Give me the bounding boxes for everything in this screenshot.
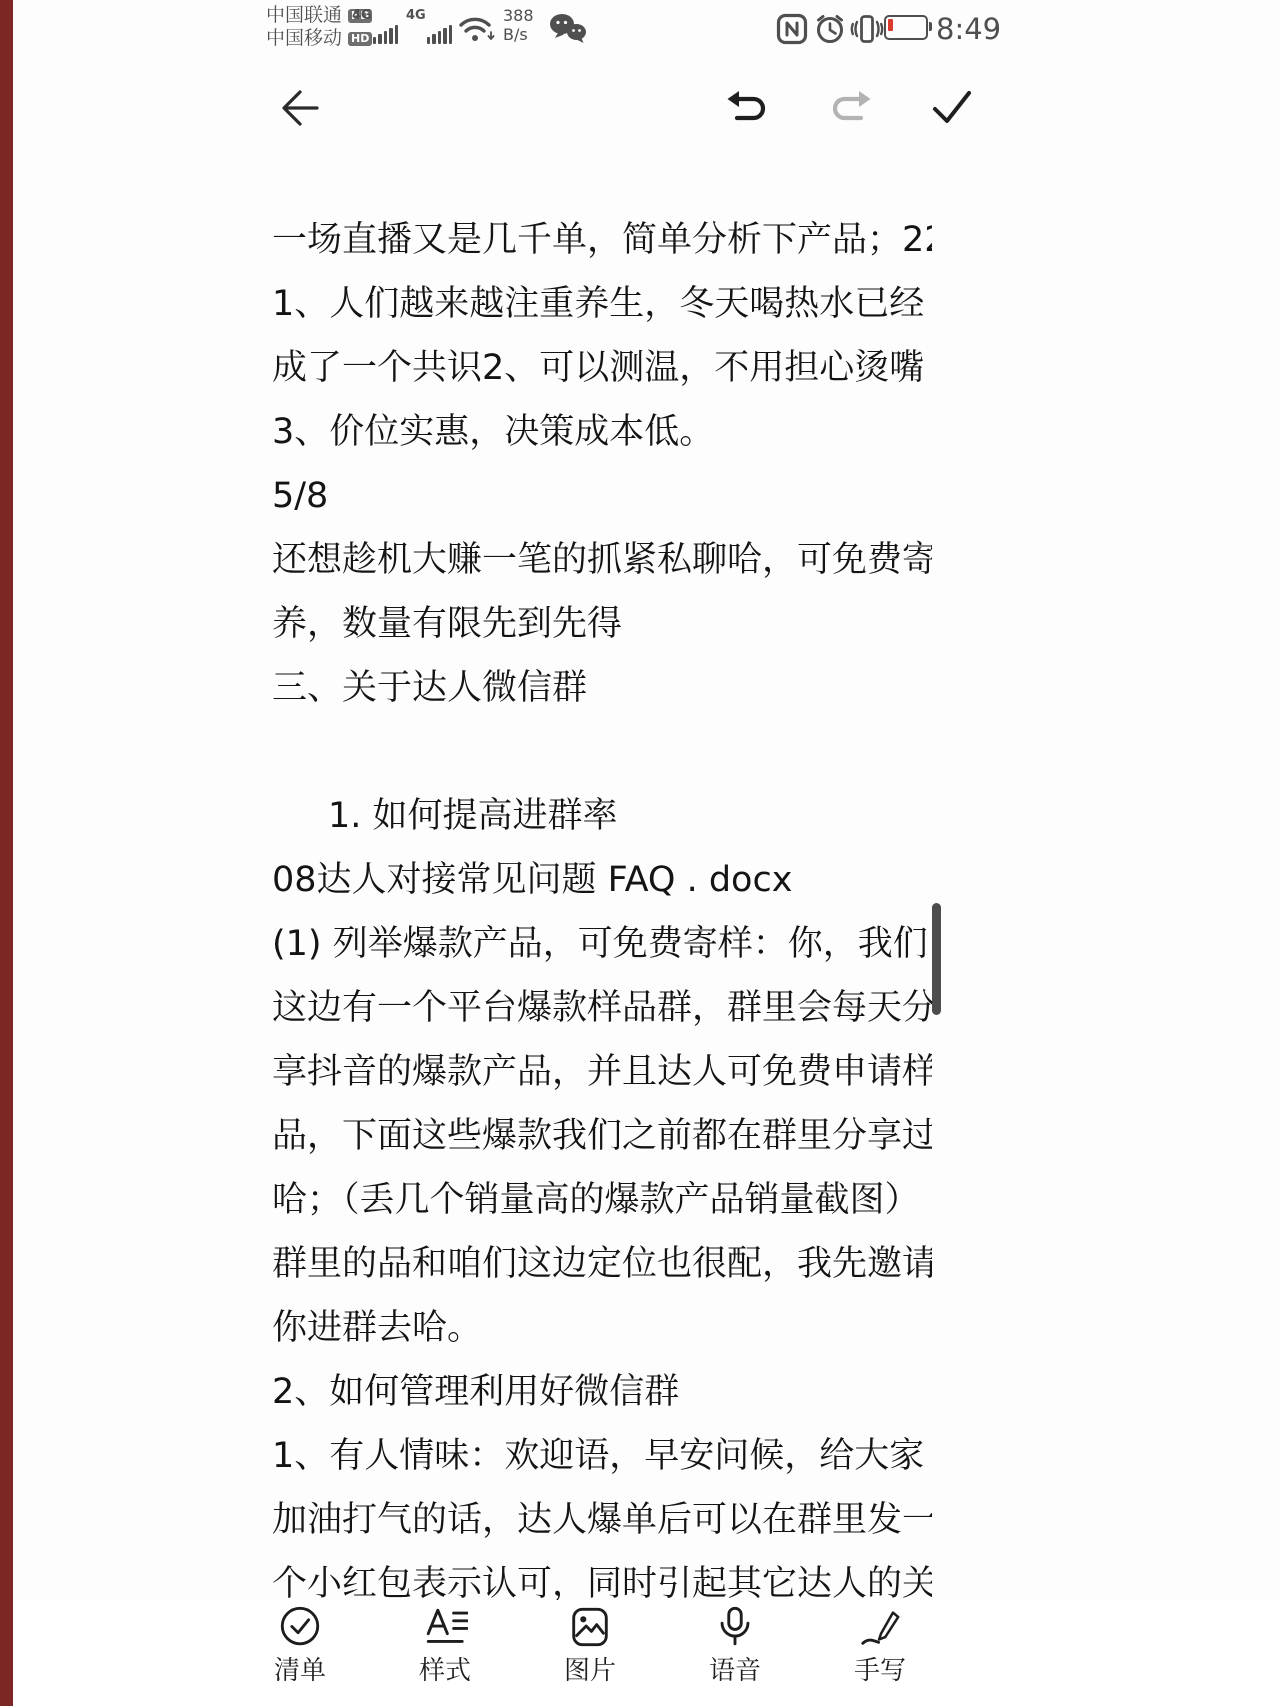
note-line: 2、如何管理利用好微信群 bbox=[272, 1360, 932, 1424]
text-style-button[interactable]: 样式 bbox=[385, 1604, 505, 1685]
note-editor[interactable]: 一场直播又是几千单，简单分析下产品；22 1、人们越来越注重养生，冬天喝热水已经… bbox=[272, 208, 932, 1600]
note-line: 一场直播又是几千单，简单分析下产品；22 bbox=[272, 208, 932, 272]
handwriting-label: 手写 bbox=[854, 1657, 906, 1685]
note-line: (1) 列举爆款产品，可免费寄样：你，我们 bbox=[272, 912, 932, 976]
redo-icon[interactable] bbox=[826, 84, 874, 132]
note-line: 个小红包表示认可，同时引起其它达人的关 bbox=[272, 1552, 932, 1600]
note-line: 这边有一个平台爆款样品群，群里会每天分 bbox=[272, 976, 932, 1040]
note-line: 08达人对接常见问题 FAQ . docx bbox=[272, 848, 932, 912]
voice-label: 语音 bbox=[709, 1657, 761, 1685]
screen-edge-strip bbox=[0, 0, 13, 1706]
network-speed-value: 388 bbox=[503, 6, 534, 25]
battery-low-icon bbox=[884, 15, 928, 40]
checklist-icon bbox=[277, 1604, 323, 1650]
wechat-icon bbox=[549, 12, 587, 46]
scrollbar-thumb[interactable] bbox=[932, 903, 941, 1015]
vibrate-icon bbox=[850, 13, 884, 45]
carrier-name-2: 中国移动 bbox=[266, 27, 342, 50]
note-line: 加油打气的话，达人爆单后可以在群里发一 bbox=[272, 1488, 932, 1552]
checklist-button[interactable]: 清单 bbox=[240, 1604, 360, 1685]
note-line: 群里的品和咱们这边定位也很配，我先邀请 bbox=[272, 1232, 932, 1296]
nfc-icon bbox=[776, 13, 808, 45]
note-line: 3、价位实惠，决策成本低。 bbox=[272, 400, 932, 464]
note-line: 养，数量有限先到先得 bbox=[272, 592, 932, 656]
note-line: 你进群去哈。 bbox=[272, 1296, 932, 1360]
signal-bars-icon: 4G bbox=[406, 8, 454, 46]
bottom-toolbar: 清单 样式 图片 语音 bbox=[0, 1600, 1280, 1706]
microphone-icon bbox=[712, 1604, 758, 1650]
handwriting-icon bbox=[857, 1604, 903, 1650]
text-style-icon bbox=[422, 1604, 468, 1650]
text-style-label: 样式 bbox=[419, 1657, 471, 1685]
note-line: 1、有人情味：欢迎语，早安问候，给大家 bbox=[272, 1424, 932, 1488]
handwriting-button[interactable]: 手写 bbox=[820, 1604, 940, 1685]
confirm-check-icon[interactable] bbox=[928, 82, 976, 130]
note-line: 1、人们越来越注重养生，冬天喝热水已经 bbox=[272, 272, 932, 336]
network-speed: 388 B/s bbox=[503, 6, 534, 44]
image-icon bbox=[567, 1604, 613, 1650]
status-time: 8:49 bbox=[936, 12, 1001, 46]
carrier-name-1: 中国联通 bbox=[266, 4, 342, 27]
alarm-icon bbox=[814, 13, 846, 45]
image-button[interactable]: 图片 bbox=[530, 1604, 650, 1685]
back-arrow-icon[interactable] bbox=[276, 84, 324, 132]
image-label: 图片 bbox=[564, 1657, 616, 1685]
note-line: 品，下面这些爆款我们之前都在群里分享过 bbox=[272, 1104, 932, 1168]
voice-button[interactable]: 语音 bbox=[675, 1604, 795, 1685]
notes-app-screen: 中国联通 HD 中国移动 HD 4G 4G 388 bbox=[0, 0, 1280, 1706]
note-line: 享抖音的爆款产品，并且达人可免费申请样 bbox=[272, 1040, 932, 1104]
signal-bars-icon: 4G bbox=[352, 8, 400, 46]
network-speed-unit: B/s bbox=[503, 25, 534, 44]
note-line bbox=[272, 720, 932, 784]
wifi-icon bbox=[458, 12, 496, 44]
note-line: 1. 如何提高进群率 bbox=[272, 784, 932, 848]
note-line: 三、关于达人微信群 bbox=[272, 656, 932, 720]
note-line: 5/8 bbox=[272, 464, 932, 528]
note-line: 还想趁机大赚一笔的抓紧私聊哈，可免费寄 bbox=[272, 528, 932, 592]
note-line: 成了一个共识2、可以测温，不用担心烫嘴 bbox=[272, 336, 932, 400]
checklist-label: 清单 bbox=[274, 1657, 326, 1685]
undo-icon[interactable] bbox=[724, 84, 772, 132]
note-line: 哈；（丢几个销量高的爆款产品销量截图） bbox=[272, 1168, 932, 1232]
